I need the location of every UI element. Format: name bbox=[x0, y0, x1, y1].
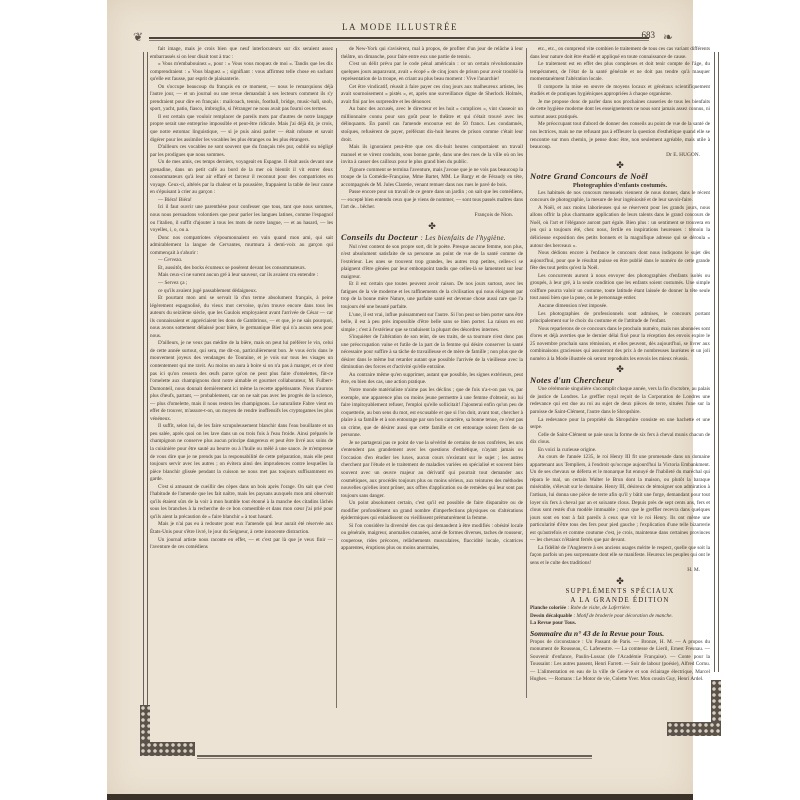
paragraph: J'ignore comment se termina l'aventure, … bbox=[341, 167, 523, 190]
paragraph: Je me propose donc de parler dans nos pr… bbox=[530, 99, 710, 122]
supplement-item: Planche coloriée : Robe de visite, de La… bbox=[530, 605, 710, 613]
paragraph: Il suffit, selon lui, de les faire scrup… bbox=[150, 423, 333, 483]
paragraph: Donc nos compatriotes s'époumonnaient en… bbox=[150, 235, 333, 258]
paragraph: Au contraire même qu'en supprimer, autan… bbox=[341, 372, 523, 387]
paragraph: Les concurrents auront à nous envoyer de… bbox=[530, 273, 710, 303]
page-edge-shadow bbox=[107, 794, 693, 800]
paragraph: La redevance pour la propriété du Shrops… bbox=[530, 417, 710, 432]
newspaper-page: ❦ LA MODE ILLUSTRÉE 683 ❧ fait image, ma… bbox=[107, 0, 693, 800]
paragraph: Mais ils ignoraient peut-être que ces di… bbox=[341, 144, 523, 167]
paragraph: La fidélité de l'Angleterre à ses ancien… bbox=[530, 545, 710, 568]
paragraph: Celle de Saint-Clément se paie sous la f… bbox=[530, 432, 710, 447]
column-divider-2 bbox=[526, 48, 527, 698]
paragraph: Si l'on considère la diversité des cas q… bbox=[341, 523, 523, 553]
paragraph: D'ailleurs, je ne veux pas médire de la … bbox=[150, 340, 333, 423]
paragraph: Les photographies de professionnels sont… bbox=[530, 311, 710, 326]
paragraph: ce qu'ils avaient jugé passablement déda… bbox=[150, 288, 333, 296]
paragraph: Et pourtant mon ami se servait là d'un t… bbox=[150, 295, 333, 340]
header-rule-thin bbox=[149, 40, 649, 41]
paragraph: Le traitement est en effet des plus comp… bbox=[530, 61, 710, 84]
paragraph: — Servez ça ; bbox=[150, 280, 333, 288]
article-signature: Dr E. HUGON. bbox=[530, 152, 710, 160]
sommaire-text: Propos de circonstance : Un Passant de P… bbox=[530, 639, 710, 684]
paragraph: fait image, mais je crois bien que neuf … bbox=[150, 46, 333, 61]
corner-ornament-horizontal-left bbox=[140, 742, 195, 756]
column-1: fait image, mais je crois bien que neuf … bbox=[150, 46, 333, 686]
article-signature: H. M. bbox=[530, 567, 710, 575]
header-rule bbox=[149, 37, 649, 39]
paragraph: Mais je n'ai pas eu à redouter pour eux … bbox=[150, 521, 333, 536]
supplement-text: : Robe de visite, de Laferrière. bbox=[567, 605, 630, 611]
fleuron-icon: ✤ bbox=[530, 159, 710, 171]
fleuron-icon: ✤ bbox=[341, 220, 523, 232]
paragraph: D'ailleurs ces vocables ne sont souvent … bbox=[150, 144, 333, 159]
fleuron-icon: ✤ bbox=[530, 363, 710, 375]
paragraph: Les habitués de nos concours mensuels vi… bbox=[530, 190, 710, 205]
supplement-label: Dessin décalquable bbox=[530, 613, 572, 619]
supplement-text: : Motif de broderie pour décoration de m… bbox=[574, 613, 673, 619]
paragraph: Il est certain que vouloir remplacer de … bbox=[150, 114, 333, 144]
section-subtitle: Photographies d'enfants costumés. bbox=[530, 182, 710, 190]
masthead-title: LA MODE ILLUSTRÉE bbox=[107, 22, 693, 32]
supplements-subheading: A LA GRANDE ÉDITION bbox=[530, 596, 710, 605]
article-signature: François de Nion. bbox=[341, 212, 523, 220]
paragraph: Passe encore pour un travail de ce genre… bbox=[341, 189, 523, 212]
paragraph: Un de mes amis, ces temps derniers, voya… bbox=[150, 159, 333, 197]
column-3: etc., etc., on comprend vite combien le … bbox=[530, 46, 710, 726]
header-ornament-right-icon: ❧ bbox=[663, 30, 673, 45]
paragraph: Notre monde matérialiste n'aime pas les … bbox=[341, 387, 523, 440]
paragraph: Nous reparlerons de ce concours dans le … bbox=[530, 326, 710, 364]
header-ornament-left-icon: ❦ bbox=[133, 30, 143, 45]
paragraph: A Noël, et aux moins laborieuses qui se … bbox=[530, 205, 710, 250]
paragraph: de New-York qui s'avisèrent, mal à propo… bbox=[341, 46, 523, 61]
fleuron-icon: ✤ bbox=[530, 575, 710, 587]
paragraph: Ici il faut ouvrir une parenthèse pour c… bbox=[150, 204, 333, 234]
paragraph: Cet être vindicatif, réussit à faire pay… bbox=[341, 84, 523, 107]
paragraph: etc., etc., on comprend vite combien le … bbox=[530, 46, 710, 61]
paragraph: Un point absolument certain, c'est qu'il… bbox=[341, 500, 523, 523]
paragraph: Un journal artiste nous raconte en effet… bbox=[150, 537, 333, 552]
paragraph: Nous dédions encore à l'enfance le conco… bbox=[530, 250, 710, 273]
sommaire-title: Sommaire du n° 43 de la Revue pour Tous. bbox=[530, 628, 710, 639]
section-title-sub: : Les bienfaits de l'hygiène. bbox=[420, 234, 505, 242]
supplement-label: Planche coloriée bbox=[530, 605, 566, 611]
paragraph: Et, aussitôt, des bocks écumeux se posèr… bbox=[150, 265, 333, 273]
paragraph: Aucune dimension n'est imposée. bbox=[530, 303, 710, 311]
paragraph: On s'occupe beaucoup du français en ce m… bbox=[150, 84, 333, 114]
paragraph: L'une, il est vrai, influe puissamment s… bbox=[341, 312, 523, 335]
supplement-item: Dessin décalquable : Motif de broderie p… bbox=[530, 613, 710, 621]
column-divider-1 bbox=[336, 48, 337, 708]
section-title-text: Conseils du Docteur bbox=[341, 232, 418, 242]
left-border-frame bbox=[143, 52, 148, 712]
paragraph: C'est un délit prévu par le code pénal a… bbox=[341, 61, 523, 84]
right-border-frame bbox=[714, 52, 719, 672]
section-title-notes: Notes d'un Chercheur bbox=[530, 375, 710, 386]
paragraph: Mais ceux-ci ne surent aucun gré à leur … bbox=[150, 272, 333, 280]
paragraph: Me préoccupant tout d'abord de donner de… bbox=[530, 121, 710, 151]
paragraph: « Vous m'embabouinez », pour : « Vous vo… bbox=[150, 61, 333, 84]
paragraph: Nul n'est content de son propre sort, di… bbox=[341, 244, 523, 282]
paragraph: C'est si amusant de cueillir des cèpes d… bbox=[150, 484, 333, 522]
supplements-heading: SUPPLÉMENTS SPÉCIAUX bbox=[530, 587, 710, 596]
paragraph: Je ne partagerai pas ce point de vue la … bbox=[341, 440, 523, 500]
section-title-conseils: Conseils du Docteur : Les bienfaits de l… bbox=[341, 232, 523, 244]
section-title-concours: Notre Grand Concours de Noël bbox=[530, 171, 710, 182]
paragraph: Il comporte la mise en œuvre de moyens l… bbox=[530, 84, 710, 99]
column-2: de New-York qui s'avisèrent, mal à propo… bbox=[341, 46, 523, 686]
paragraph: Au banc des accusés, avec le directeur e… bbox=[341, 106, 523, 144]
paragraph: — Cerveza. bbox=[150, 257, 333, 265]
revue-label: La Revue pour Tous. bbox=[530, 620, 710, 628]
paragraph: Une cérémonie singulière s'accomplit cha… bbox=[530, 386, 710, 416]
paragraph: S'inquiéter de l'altération de son teint… bbox=[341, 334, 523, 372]
footer-rule bbox=[197, 755, 592, 757]
corner-ornament-horizontal-right bbox=[667, 722, 721, 736]
footer-rule-thin bbox=[197, 758, 592, 759]
paragraph: Et il est certain que toutes peuvent avo… bbox=[341, 281, 523, 311]
paragraph: Au cours de l'année 1235, le roi Henry I… bbox=[530, 454, 710, 545]
